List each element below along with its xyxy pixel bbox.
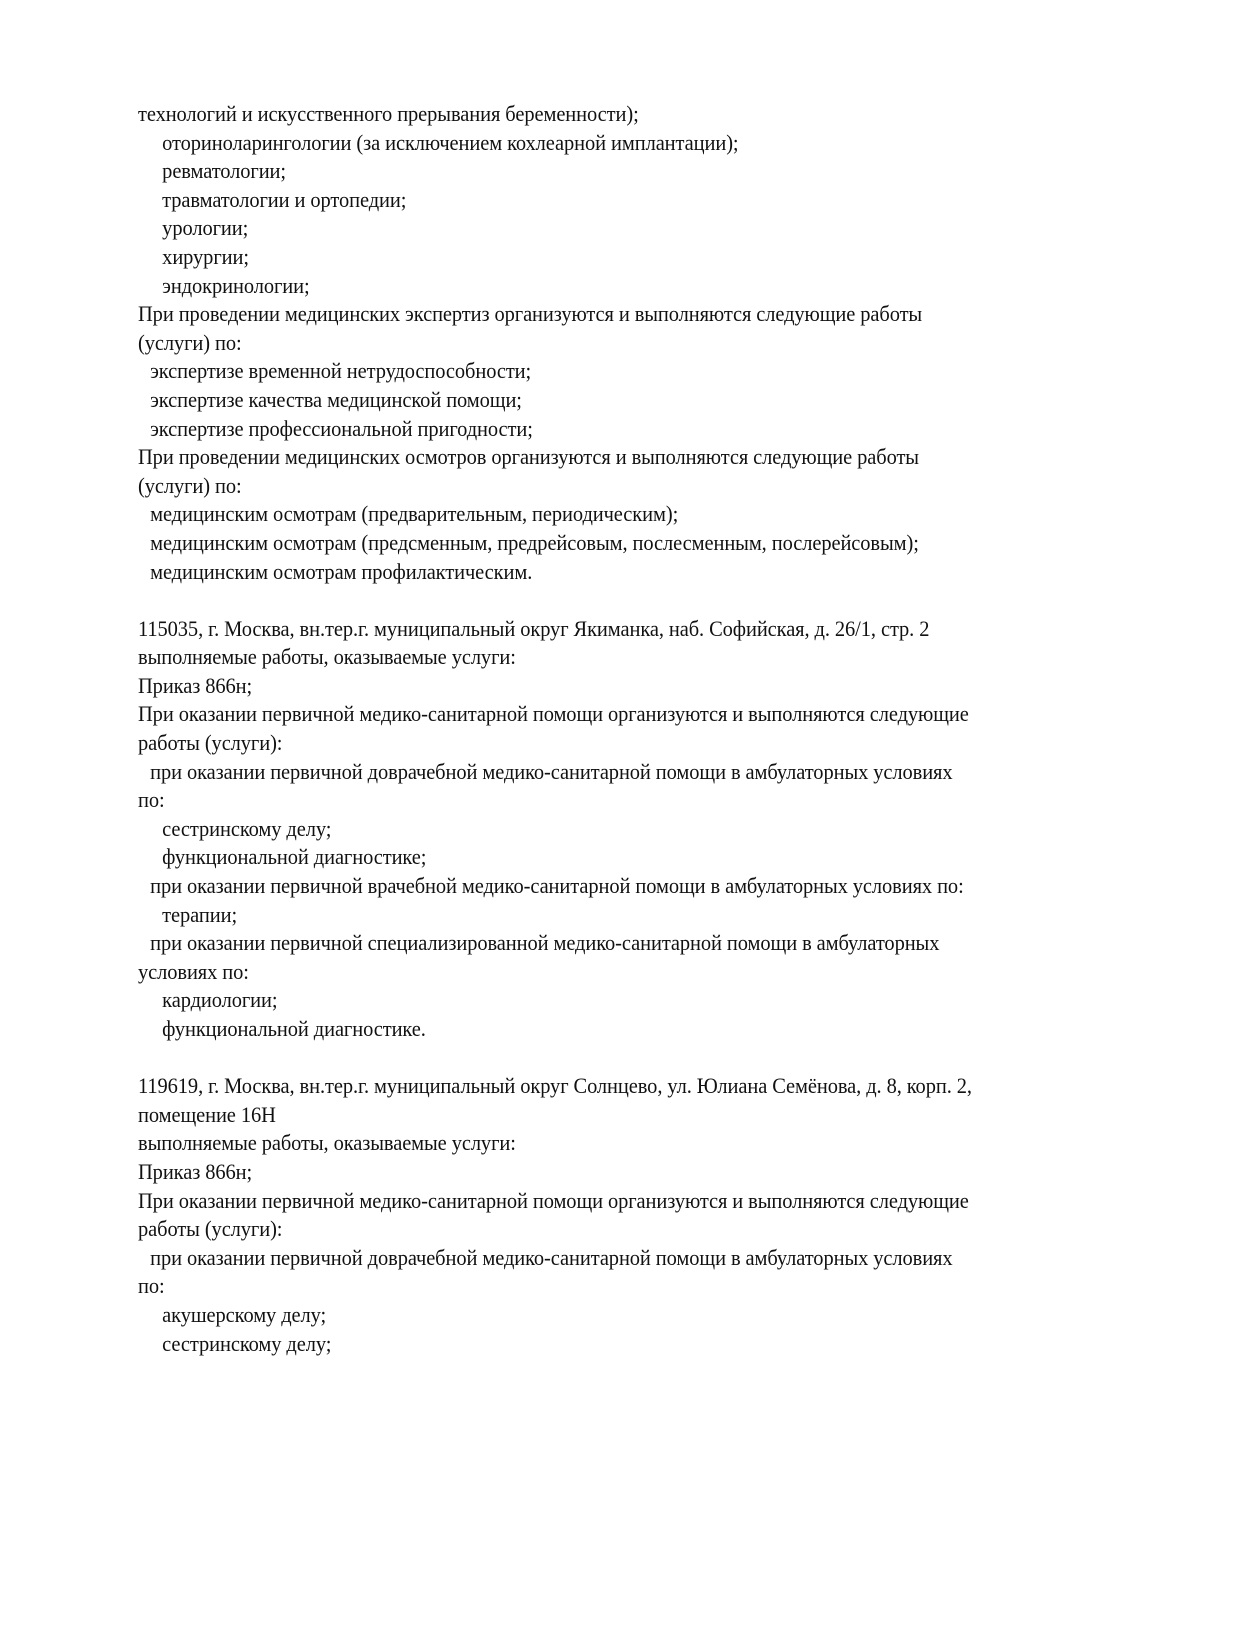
list-item: сестринскому делу; <box>138 1330 1068 1359</box>
list-item: кардиологии; <box>138 986 1068 1015</box>
paragraph-line: выполняемые работы, оказываемые услуги: <box>138 643 1068 672</box>
list-item: хирургии; <box>138 243 1068 272</box>
paragraph-line: При проведении медицинских осмотров орга… <box>138 443 1068 472</box>
paragraph-line: выполняемые работы, оказываемые услуги: <box>138 1129 1068 1158</box>
paragraph-line: (услуги) по: <box>138 329 1068 358</box>
blank-line <box>138 586 1068 615</box>
paragraph-line: работы (услуги): <box>138 1215 1068 1244</box>
list-item: при оказании первичной доврачебной медик… <box>138 1244 1068 1273</box>
paragraph-line: 115035, г. Москва, вн.тер.г. муниципальн… <box>138 615 1068 644</box>
list-item: медицинским осмотрам (предварительным, п… <box>138 500 1068 529</box>
list-item: функциональной диагностике. <box>138 1015 1068 1044</box>
paragraph-line: условиях по: <box>138 958 1068 987</box>
list-item: экспертизе качества медицинской помощи; <box>138 386 1068 415</box>
list-item: медицинским осмотрам профилактическим. <box>138 558 1068 587</box>
paragraph-line: Приказ 866н; <box>138 1158 1068 1187</box>
paragraph-line: работы (услуги): <box>138 729 1068 758</box>
list-item: при оказании первичной врачебной медико-… <box>138 872 1068 901</box>
paragraph-line: При оказании первичной медико-санитарной… <box>138 700 1068 729</box>
list-item: функциональной диагностике; <box>138 843 1068 872</box>
paragraph-line: Приказ 866н; <box>138 672 1068 701</box>
list-item: урологии; <box>138 214 1068 243</box>
blank-line <box>138 1044 1068 1073</box>
paragraph-line: (услуги) по: <box>138 472 1068 501</box>
list-item: экспертизе профессиональной пригодности; <box>138 415 1068 444</box>
list-item: экспертизе временной нетрудоспособности; <box>138 357 1068 386</box>
paragraph-line: 119619, г. Москва, вн.тер.г. муниципальн… <box>138 1072 1068 1101</box>
list-item: ревматологии; <box>138 157 1068 186</box>
list-item: при оказании первичной доврачебной медик… <box>138 758 1068 787</box>
list-item: медицинским осмотрам (предсменным, предр… <box>138 529 1068 558</box>
list-item: оториноларингологии (за исключением кохл… <box>138 129 1068 158</box>
paragraph-line: по: <box>138 1272 1068 1301</box>
paragraph-line: по: <box>138 786 1068 815</box>
list-item: эндокринологии; <box>138 272 1068 301</box>
list-item: при оказании первичной специализированно… <box>138 929 1068 958</box>
paragraph-line: помещение 16Н <box>138 1101 1068 1130</box>
paragraph-line: При проведении медицинских экспертиз орг… <box>138 300 1068 329</box>
document-page: технологий и искусственного прерывания б… <box>138 100 1068 1358</box>
list-item: сестринскому делу; <box>138 815 1068 844</box>
list-item: акушерскому делу; <box>138 1301 1068 1330</box>
paragraph-line: При оказании первичной медико-санитарной… <box>138 1187 1068 1216</box>
list-item: травматологии и ортопедии; <box>138 186 1068 215</box>
paragraph-line: технологий и искусственного прерывания б… <box>138 100 1068 129</box>
list-item: терапии; <box>138 901 1068 930</box>
